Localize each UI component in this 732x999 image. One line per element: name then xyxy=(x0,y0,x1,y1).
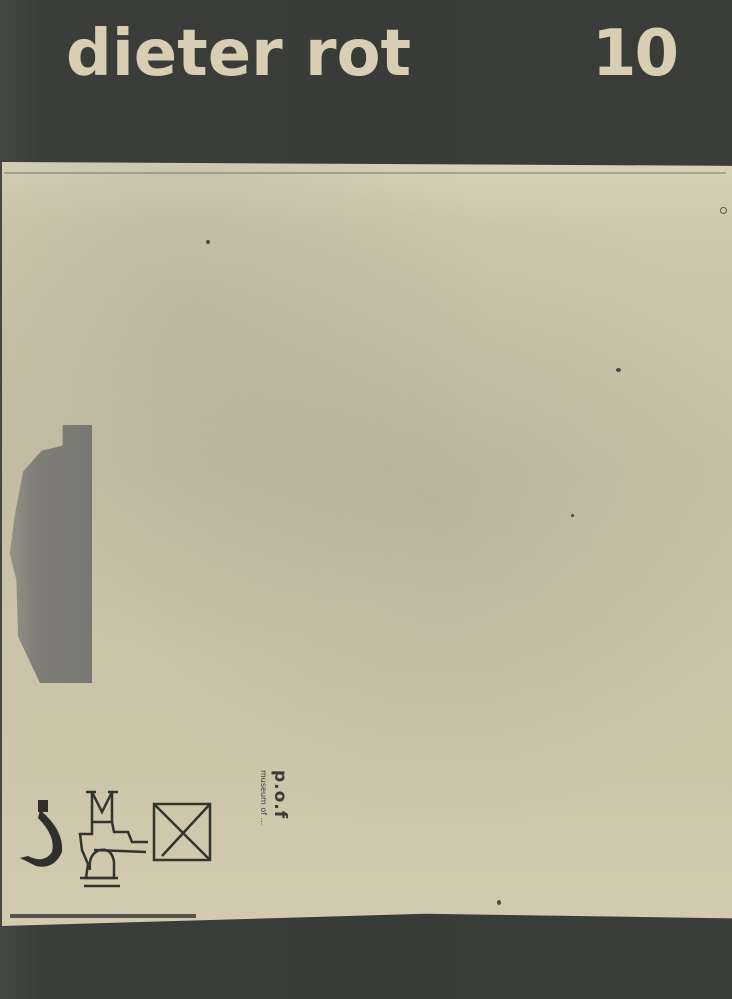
hook-stamp-icon xyxy=(20,800,62,867)
speck xyxy=(571,514,574,517)
crossed-box-stamp-icon xyxy=(154,804,210,860)
house-m-stamp-icon xyxy=(80,792,148,886)
rotated-stamp-text: p.o.f museum of ... xyxy=(259,770,290,825)
speck xyxy=(497,900,501,905)
author-title: dieter rot xyxy=(66,22,411,86)
issue-number: 10 xyxy=(592,22,677,86)
cover-header-band: dieter rot 10 xyxy=(0,0,732,162)
speck xyxy=(616,368,621,372)
speck xyxy=(720,207,727,214)
paper-top-edge xyxy=(4,172,726,174)
speck xyxy=(206,240,210,244)
rotated-stamp-sub: museum of ... xyxy=(259,770,268,825)
printed-rule xyxy=(10,914,196,918)
stamp-group: 4 xyxy=(14,770,214,900)
book-cover: dieter rot 10 4 p.o.f museum of ... xyxy=(0,0,732,999)
rotated-stamp-main: p.o.f xyxy=(270,770,290,819)
